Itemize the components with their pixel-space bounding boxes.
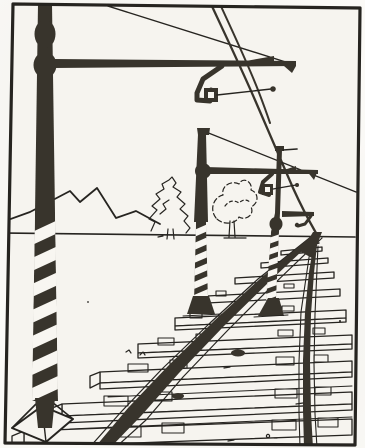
wire-clamp <box>295 223 299 227</box>
mast-joint-arm-boss <box>34 52 57 78</box>
wire-clamp <box>295 183 299 187</box>
wire-clamp <box>270 86 276 92</box>
mast-joint <box>270 217 283 231</box>
scanned-illustration: Railway perspective sketch <box>0 0 365 448</box>
mast-stripes <box>194 222 208 302</box>
debris-blob <box>172 393 184 399</box>
mast-stripes <box>32 213 58 401</box>
debris-blob <box>231 350 245 357</box>
base-wedge <box>35 398 55 428</box>
mast-cap <box>197 128 210 135</box>
speck <box>339 320 341 322</box>
mast-stub-arm <box>283 149 297 150</box>
registration-block-slit <box>265 187 270 192</box>
registration-block-slit <box>208 92 214 98</box>
speck <box>87 301 89 303</box>
railway-perspective-drawing: Railway perspective sketch <box>0 0 365 448</box>
mast-joint-upper <box>35 20 56 48</box>
